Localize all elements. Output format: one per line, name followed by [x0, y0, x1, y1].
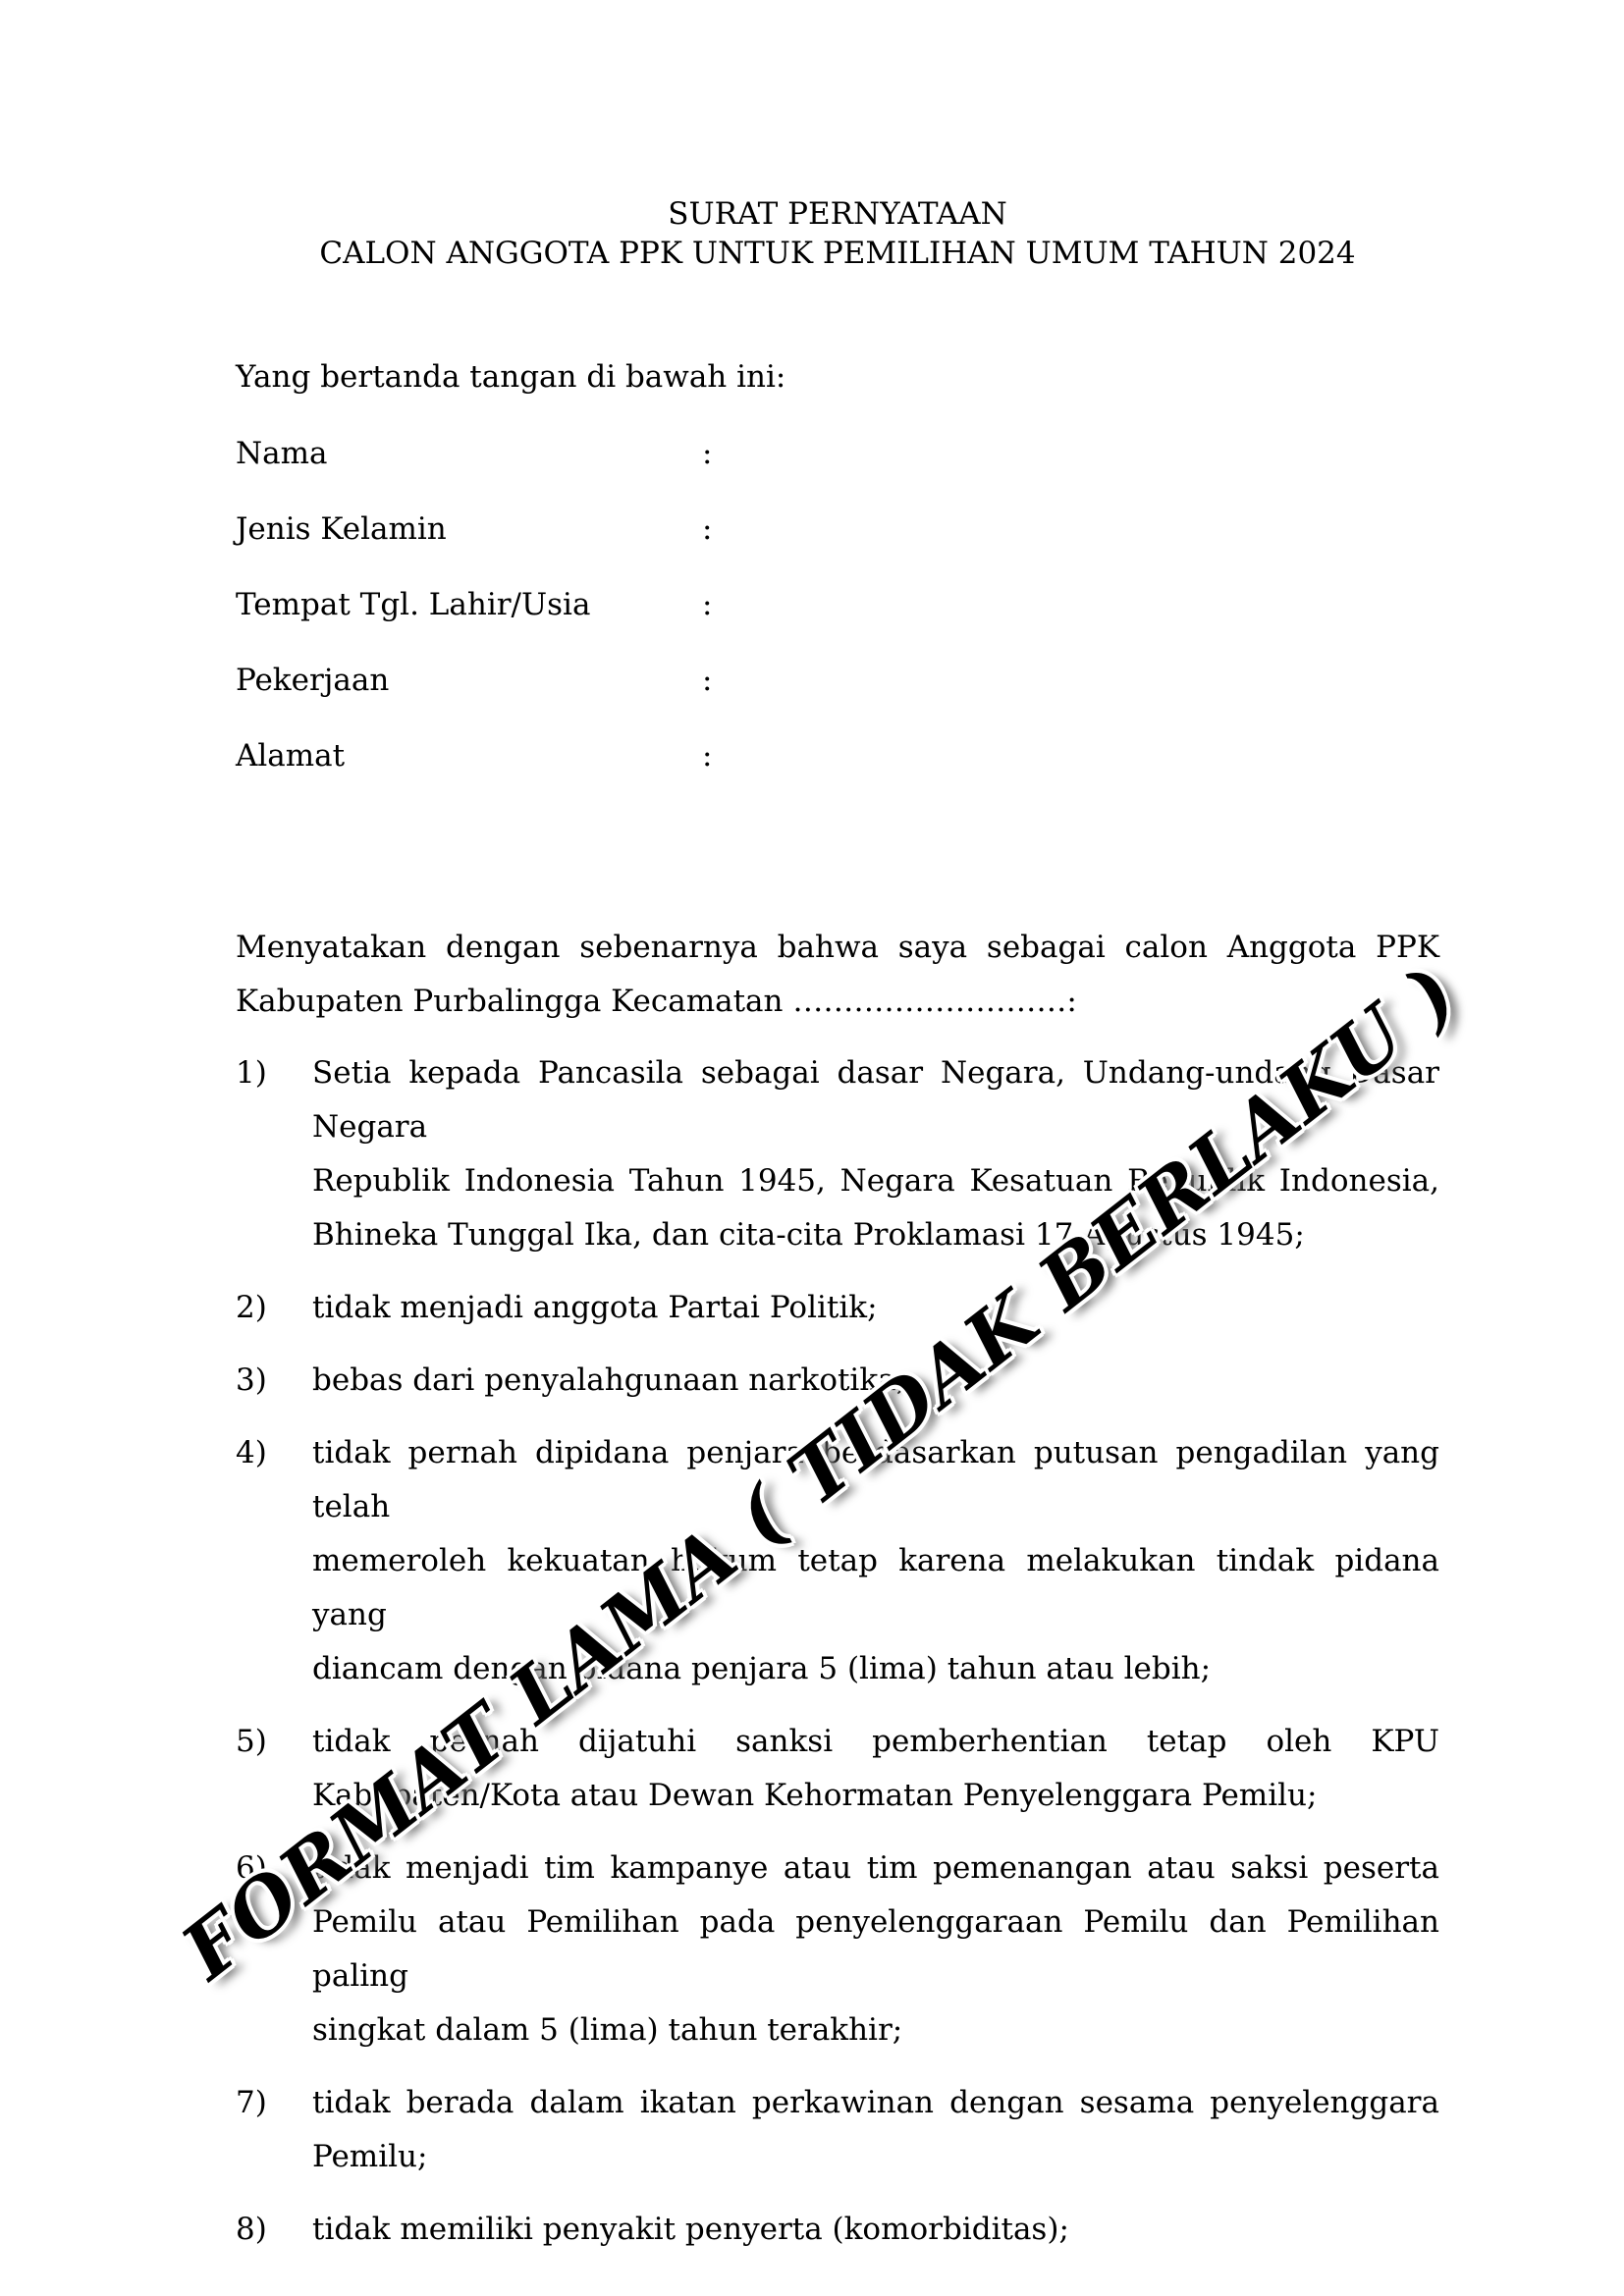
statement-items: 1)Setia kepada Pancasila sebagai dasar N…	[236, 1046, 1439, 2257]
document-title: SURAT PERNYATAAN CALON ANGGOTA PPK UNTUK…	[236, 194, 1439, 273]
item-number: 2)	[236, 1281, 312, 1335]
title-line-2: CALON ANGGOTA PPK UNTUK PEMILIHAN UMUM T…	[236, 234, 1439, 273]
item-number: 4)	[236, 1426, 312, 1696]
field-row-tempat-tgl-lahir: Tempat Tgl. Lahir/Usia :	[236, 578, 1439, 632]
item-line: tidak berada dalam ikatan perkawinan den…	[312, 2076, 1439, 2130]
item-line: tidak menjadi tim kampanye atau tim peme…	[312, 1842, 1439, 1896]
statement-line-1: Menyatakan dengan sebenarnya bahwa saya …	[236, 921, 1439, 975]
item-line: memeroleh kekuatan hukum tetap karena me…	[312, 1534, 1439, 1642]
item-number: 8)	[236, 2203, 312, 2257]
item-number: 3)	[236, 1354, 312, 1408]
statement-item: 6)tidak menjadi tim kampanye atau tim pe…	[236, 1842, 1439, 2057]
item-line: Bhineka Tunggal Ika, dan cita-cita Prokl…	[312, 1208, 1439, 1262]
item-line: Pemilu;	[312, 2130, 1439, 2184]
field-label: Nama	[236, 427, 702, 481]
item-text: tidak menjadi tim kampanye atau tim peme…	[312, 1842, 1439, 2057]
item-line: singkat dalam 5 (lima) tahun terakhir;	[312, 2003, 1439, 2057]
field-label: Jenis Kelamin	[236, 503, 702, 557]
statement-item: 8)tidak memiliki penyakit penyerta (komo…	[236, 2203, 1439, 2257]
field-label: Pekerjaan	[236, 654, 702, 708]
item-line: tidak memiliki penyakit penyerta (komorb…	[312, 2203, 1439, 2257]
item-line: tidak menjadi anggota Partai Politik;	[312, 1281, 1439, 1335]
item-number: 1)	[236, 1046, 312, 1262]
identity-fields: Nama : Jenis Kelamin : Tempat Tgl. Lahir…	[236, 427, 1439, 783]
intro-line: Yang bertanda tangan di bawah ini:	[236, 350, 1439, 404]
statement-item: 3)bebas dari penyalahgunaan narkotika;	[236, 1354, 1439, 1408]
field-colon: :	[702, 578, 712, 632]
field-row-jenis-kelamin: Jenis Kelamin :	[236, 503, 1439, 557]
item-number: 5)	[236, 1715, 312, 1823]
field-row-nama: Nama :	[236, 427, 1439, 481]
item-text: tidak menjadi anggota Partai Politik;	[312, 1281, 1439, 1335]
statement-line-2: Kabupaten Purbalingga Kecamatan ………………………	[236, 975, 1439, 1029]
field-colon: :	[702, 427, 712, 481]
field-colon: :	[702, 503, 712, 557]
field-colon: :	[702, 654, 712, 708]
statement-paragraph: Menyatakan dengan sebenarnya bahwa saya …	[236, 921, 1439, 1029]
field-row-alamat: Alamat :	[236, 729, 1439, 783]
title-line-1: SURAT PERNYATAAN	[236, 194, 1439, 234]
item-text: tidak memiliki penyakit penyerta (komorb…	[312, 2203, 1439, 2257]
item-line: Pemilu atau Pemilihan pada penyelenggara…	[312, 1896, 1439, 2003]
field-label: Tempat Tgl. Lahir/Usia	[236, 578, 702, 632]
document-page: { "document": { "title": { "line1": "SUR…	[0, 0, 1624, 2296]
item-text: tidak berada dalam ikatan perkawinan den…	[312, 2076, 1439, 2184]
field-label: Alamat	[236, 729, 702, 783]
item-number: 7)	[236, 2076, 312, 2184]
statement-item: 7)tidak berada dalam ikatan perkawinan d…	[236, 2076, 1439, 2184]
field-colon: :	[702, 729, 712, 783]
field-row-pekerjaan: Pekerjaan :	[236, 654, 1439, 708]
statement-item: 2)tidak menjadi anggota Partai Politik;	[236, 1281, 1439, 1335]
